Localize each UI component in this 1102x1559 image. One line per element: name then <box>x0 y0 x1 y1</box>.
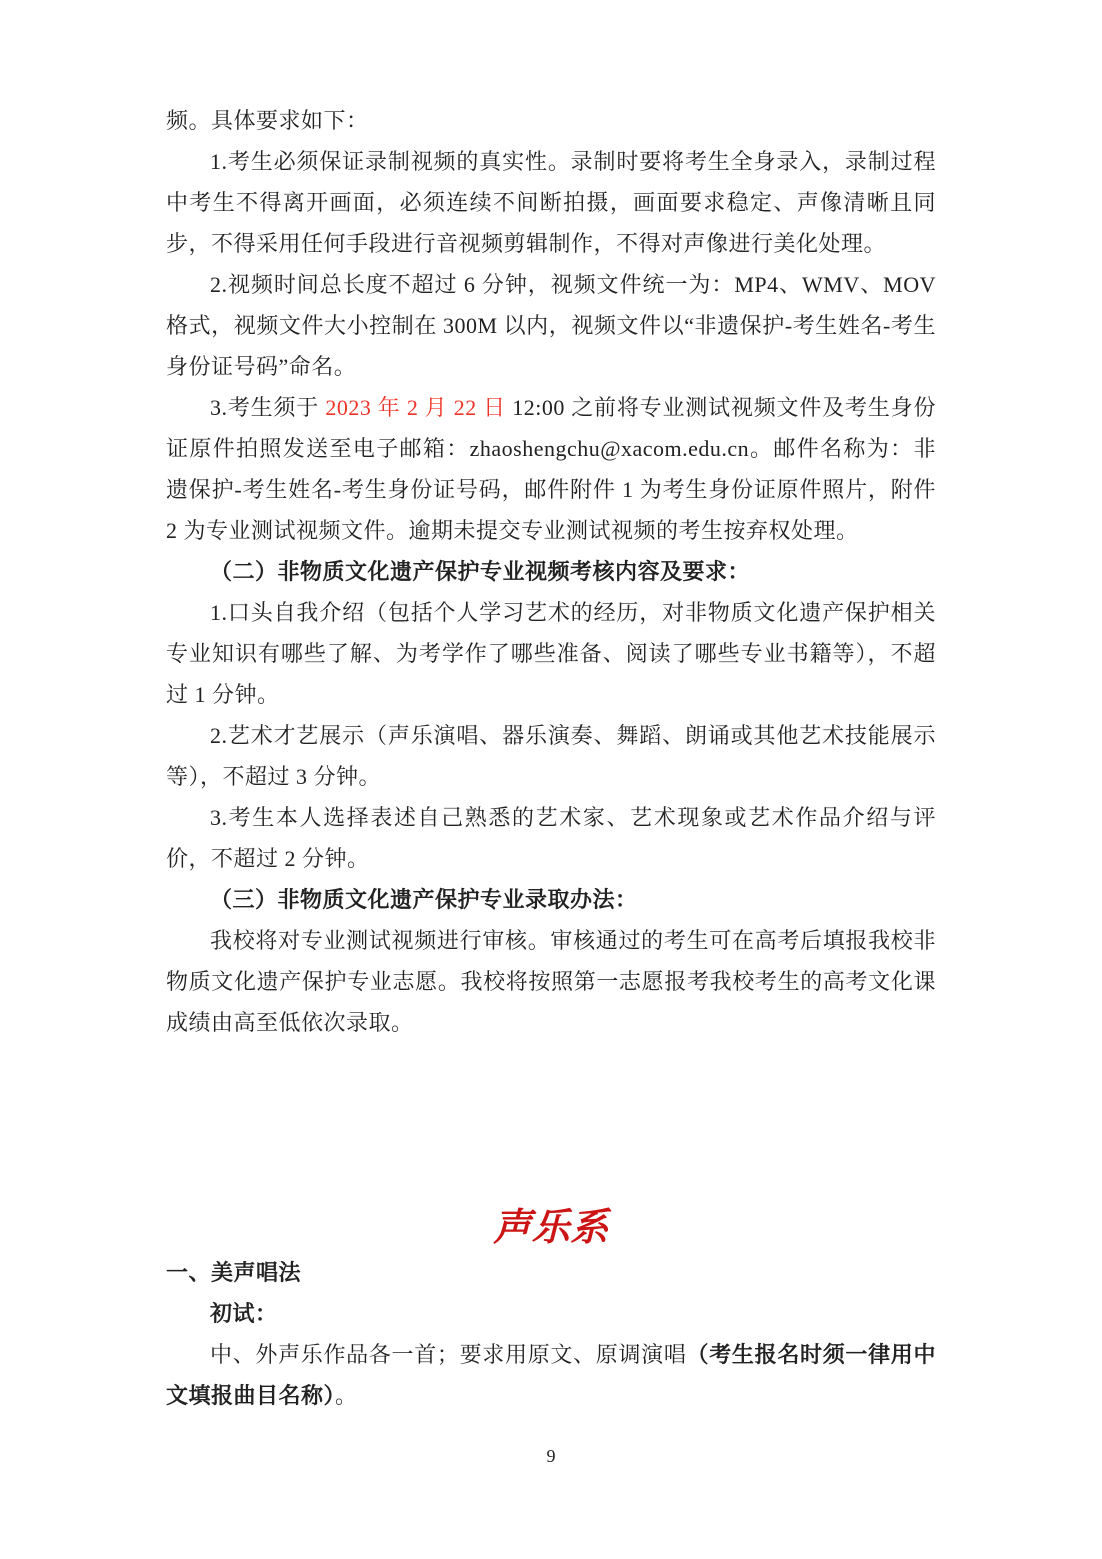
page-number: 9 <box>0 1444 1102 1468</box>
para-talent-show: 2.艺术才艺展示（声乐演唱、器乐演奏、舞蹈、朗诵或其他艺术技能展示等），不超过 … <box>166 715 936 797</box>
heading-admission-method: （三）非物质文化遗产保护专业录取办法： <box>166 879 936 920</box>
vocal-requirement-period: 。 <box>335 1383 358 1408</box>
para-vocal-requirement: 中、外声乐作品各一首；要求用原文、原调演唱（考生报名时须一律用中文填报曲目名称）… <box>166 1334 936 1416</box>
para-artist-commentary: 3.考生本人选择表述自己熟悉的艺术家、艺术现象或艺术作品介绍与评价，不超过 2 … <box>166 797 936 879</box>
para-video-format: 2.视频时间总长度不超过 6 分钟，视频文件统一为：MP4、WMV、MOV 格式… <box>166 264 936 387</box>
document-body: 频。具体要求如下： 1.考生必须保证录制视频的真实性。录制时要将考生全身录入，录… <box>166 100 936 1416</box>
document-page: 频。具体要求如下： 1.考生必须保证录制视频的真实性。录制时要将考生全身录入，录… <box>0 0 1102 1559</box>
heading-bel-canto: 一、美声唱法 <box>166 1252 936 1293</box>
para-self-introduction: 1.口头自我介绍（包括个人学习艺术的经历，对非物质文化遗产保护相关专业知识有哪些… <box>166 592 936 715</box>
vocal-requirement-text: 中、外声乐作品各一首；要求用原文、原调演唱 <box>210 1342 687 1367</box>
para-admission-process: 我校将对专业测试视频进行审核。审核通过的考生可在高考后填报我校非物质文化遗产保护… <box>166 920 936 1043</box>
heading-video-exam-requirements: （二）非物质文化遗产保护专业视频考核内容及要求： <box>166 551 936 592</box>
para-recording-rules: 1.考生必须保证录制视频的真实性。录制时要将考生全身录入，录制过程中考生不得离开… <box>166 141 936 264</box>
label-preliminary-round: 初试： <box>166 1293 936 1334</box>
submission-deadline-date: 2023 年 2 月 22 日 <box>325 395 506 420</box>
submission-prefix: 3.考生须于 <box>210 395 325 420</box>
continuation-line: 频。具体要求如下： <box>166 100 936 141</box>
department-title: 声乐系 <box>166 1204 936 1252</box>
para-submission: 3.考生须于 2023 年 2 月 22 日 12:00 之前将专业测试视频文件… <box>166 387 936 551</box>
